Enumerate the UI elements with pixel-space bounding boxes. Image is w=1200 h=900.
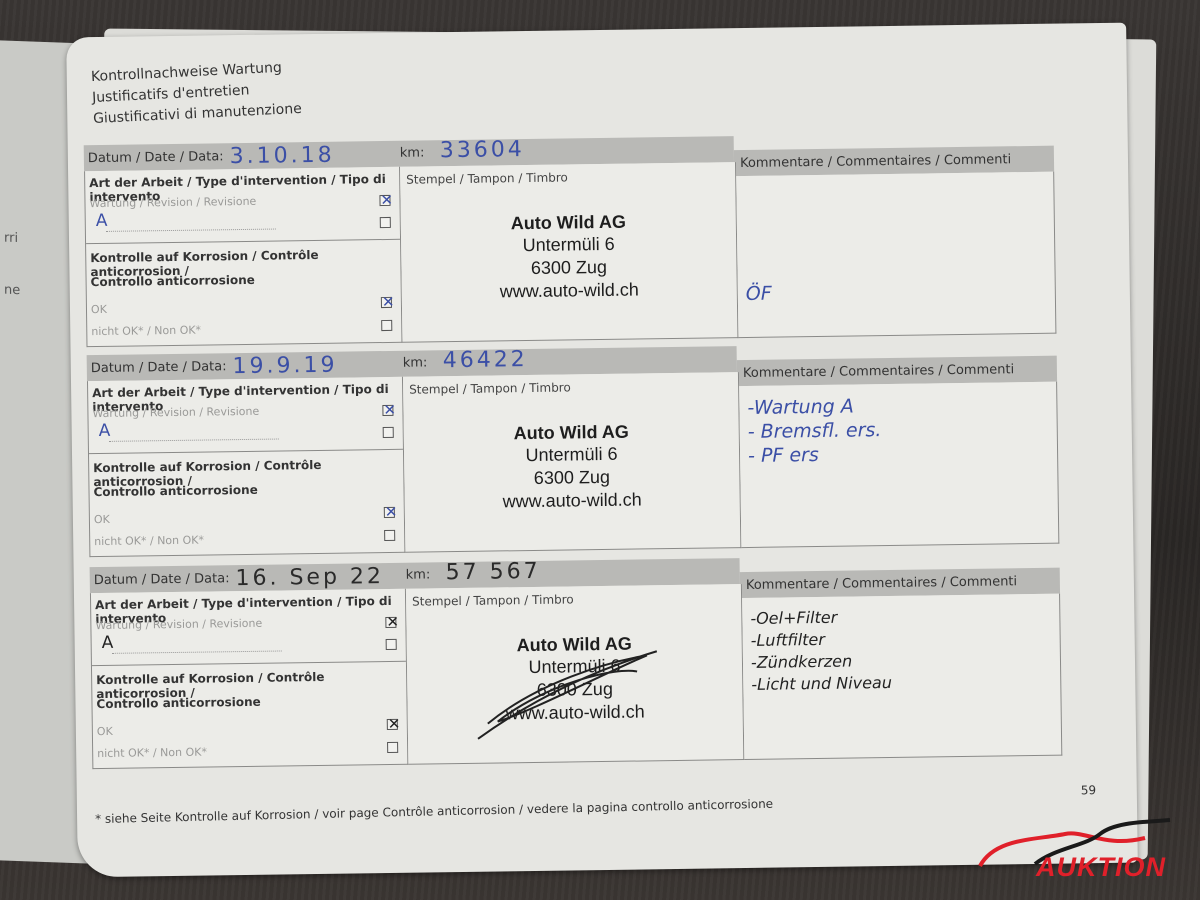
page-number: 59 <box>1081 783 1096 797</box>
stamp-column: Stempel / Tampon / Timbro Auto Wild AG U… <box>406 584 744 765</box>
date-value: 19.9.19 <box>232 352 337 378</box>
comment-line: -Zündkerzen <box>751 650 892 674</box>
corrosion-label-it: Controllo anticorrosione <box>96 695 260 711</box>
service-label: Wartung / Revision / Revisione <box>89 195 256 210</box>
corrosion-label-it: Controllo anticorrosione <box>93 483 257 499</box>
work-dotted-line <box>106 229 276 232</box>
km-value: 57 567 <box>446 559 541 585</box>
dealer-website: www.auto-wild.ch <box>402 277 737 305</box>
comment-line <box>745 210 771 234</box>
divider <box>89 449 403 454</box>
service-entry-3: Datum / Date / Data: 16. Sep 22 km: 57 5… <box>90 554 1063 772</box>
not-ok-label: nicht OK* / Non OK* <box>94 534 204 549</box>
service-checkbox[interactable]: ✕ <box>385 617 396 628</box>
date-label: Datum / Date / Data: <box>94 571 230 588</box>
km-label: km: <box>403 355 428 370</box>
date-label: Datum / Date / Data: <box>91 359 227 376</box>
service-checkbox[interactable]: ✕ <box>379 195 390 206</box>
date-value: 16. Sep 22 <box>235 564 384 591</box>
ok-checkbox[interactable]: ✕ <box>384 507 395 518</box>
km-value: 33604 <box>440 137 525 163</box>
stamp-column: Stempel / Tampon / Timbro Auto Wild AG U… <box>400 162 738 343</box>
page-title: Kontrollnachweise Wartung Justificatifs … <box>91 57 303 130</box>
corrosion-label-it: Controllo anticorrosione <box>91 273 255 289</box>
not-ok-label: nicht OK* / Non OK* <box>97 746 207 761</box>
comment-line: -Luftfilter <box>751 628 892 652</box>
dealer-website: www.auto-wild.ch <box>405 487 740 515</box>
footnote: * siehe Seite Kontrolle auf Korrosion / … <box>95 797 773 826</box>
stamp-column: Stempel / Tampon / Timbro Auto Wild AG U… <box>403 372 741 553</box>
service-alt-checkbox[interactable] <box>386 639 397 650</box>
comments-column: -Wartung A- Bremsfl. ers.- PF ers <box>739 382 1059 548</box>
not-ok-checkbox[interactable] <box>381 320 392 331</box>
ok-label: OK <box>91 303 107 316</box>
work-column: Art der Arbeit / Type d'intervention / T… <box>87 377 405 557</box>
service-alt-checkbox[interactable] <box>383 427 394 438</box>
comment-line: -Wartung A <box>747 394 881 420</box>
signature <box>467 641 668 744</box>
work-column: Art der Arbeit / Type d'intervention / T… <box>90 589 408 769</box>
work-value: A <box>96 211 108 231</box>
work-dotted-line <box>109 439 279 442</box>
dealer-stamp: Auto Wild AG Untermüli 6 6300 Zug www.au… <box>404 420 740 515</box>
date-value: 3.10.18 <box>229 142 334 168</box>
ok-checkbox[interactable]: ✕ <box>381 297 392 308</box>
comments-column: -Oel+Filter-Luftfilter-Zündkerzen-Licht … <box>742 594 1062 760</box>
comment-line: -Oel+Filter <box>750 606 891 630</box>
not-ok-checkbox[interactable] <box>387 742 398 753</box>
comment-line: - PF ers <box>748 442 882 468</box>
ok-checkbox[interactable]: ✕ <box>387 719 398 730</box>
left-page-fragment: rri <box>4 231 18 246</box>
ok-label: OK <box>94 513 110 526</box>
km-label: km: <box>406 567 431 582</box>
km-value: 46422 <box>443 347 528 373</box>
comment-line: - Bremsfl. ers. <box>748 418 882 444</box>
stamp-label: Stempel / Tampon / Timbro <box>406 170 568 186</box>
divider <box>86 239 400 244</box>
comments-list: -Oel+Filter-Luftfilter-Zündkerzen-Licht … <box>750 606 892 696</box>
work-value: A <box>99 421 111 441</box>
service-alt-checkbox[interactable] <box>380 217 391 228</box>
left-page-fragment: ne <box>4 283 20 299</box>
km-label: km: <box>400 145 425 160</box>
service-label: Wartung / Revision / Revisione <box>95 617 262 632</box>
dealer-stamp: Auto Wild AG Untermüli 6 6300 Zug www.au… <box>401 210 737 305</box>
service-entry-1: Datum / Date / Data: 3.10.18 km: 33604 K… <box>84 132 1057 350</box>
service-checkbox[interactable]: ✕ <box>382 405 393 416</box>
comment-line: ÖF <box>746 282 772 306</box>
comments-column: ÖF <box>736 172 1056 338</box>
stamp-label: Stempel / Tampon / Timbro <box>412 592 574 608</box>
comment-line <box>745 234 771 258</box>
ok-label: OK <box>97 725 113 738</box>
not-ok-checkbox[interactable] <box>384 530 395 541</box>
work-value: A <box>102 633 114 653</box>
service-label: Wartung / Revision / Revisione <box>92 405 259 420</box>
service-entry-2: Datum / Date / Data: 19.9.19 km: 46422 K… <box>87 342 1060 560</box>
stamp-label: Stempel / Tampon / Timbro <box>409 380 571 396</box>
not-ok-label: nicht OK* / Non OK* <box>91 324 201 339</box>
comment-line <box>744 186 770 210</box>
date-label: Datum / Date / Data: <box>88 149 224 166</box>
booklet-page: Kontrollnachweise Wartung Justificatifs … <box>66 23 1138 878</box>
divider <box>92 661 406 666</box>
work-dotted-line <box>112 650 282 653</box>
comments-list: ÖF <box>744 186 772 306</box>
work-column: Art der Arbeit / Type d'intervention / T… <box>84 167 402 347</box>
comment-line: -Licht und Niveau <box>751 672 892 696</box>
comment-line <box>745 258 771 282</box>
watermark-text: AUKTION <box>1036 852 1166 883</box>
comments-list: -Wartung A- Bremsfl. ers.- PF ers <box>747 394 882 468</box>
